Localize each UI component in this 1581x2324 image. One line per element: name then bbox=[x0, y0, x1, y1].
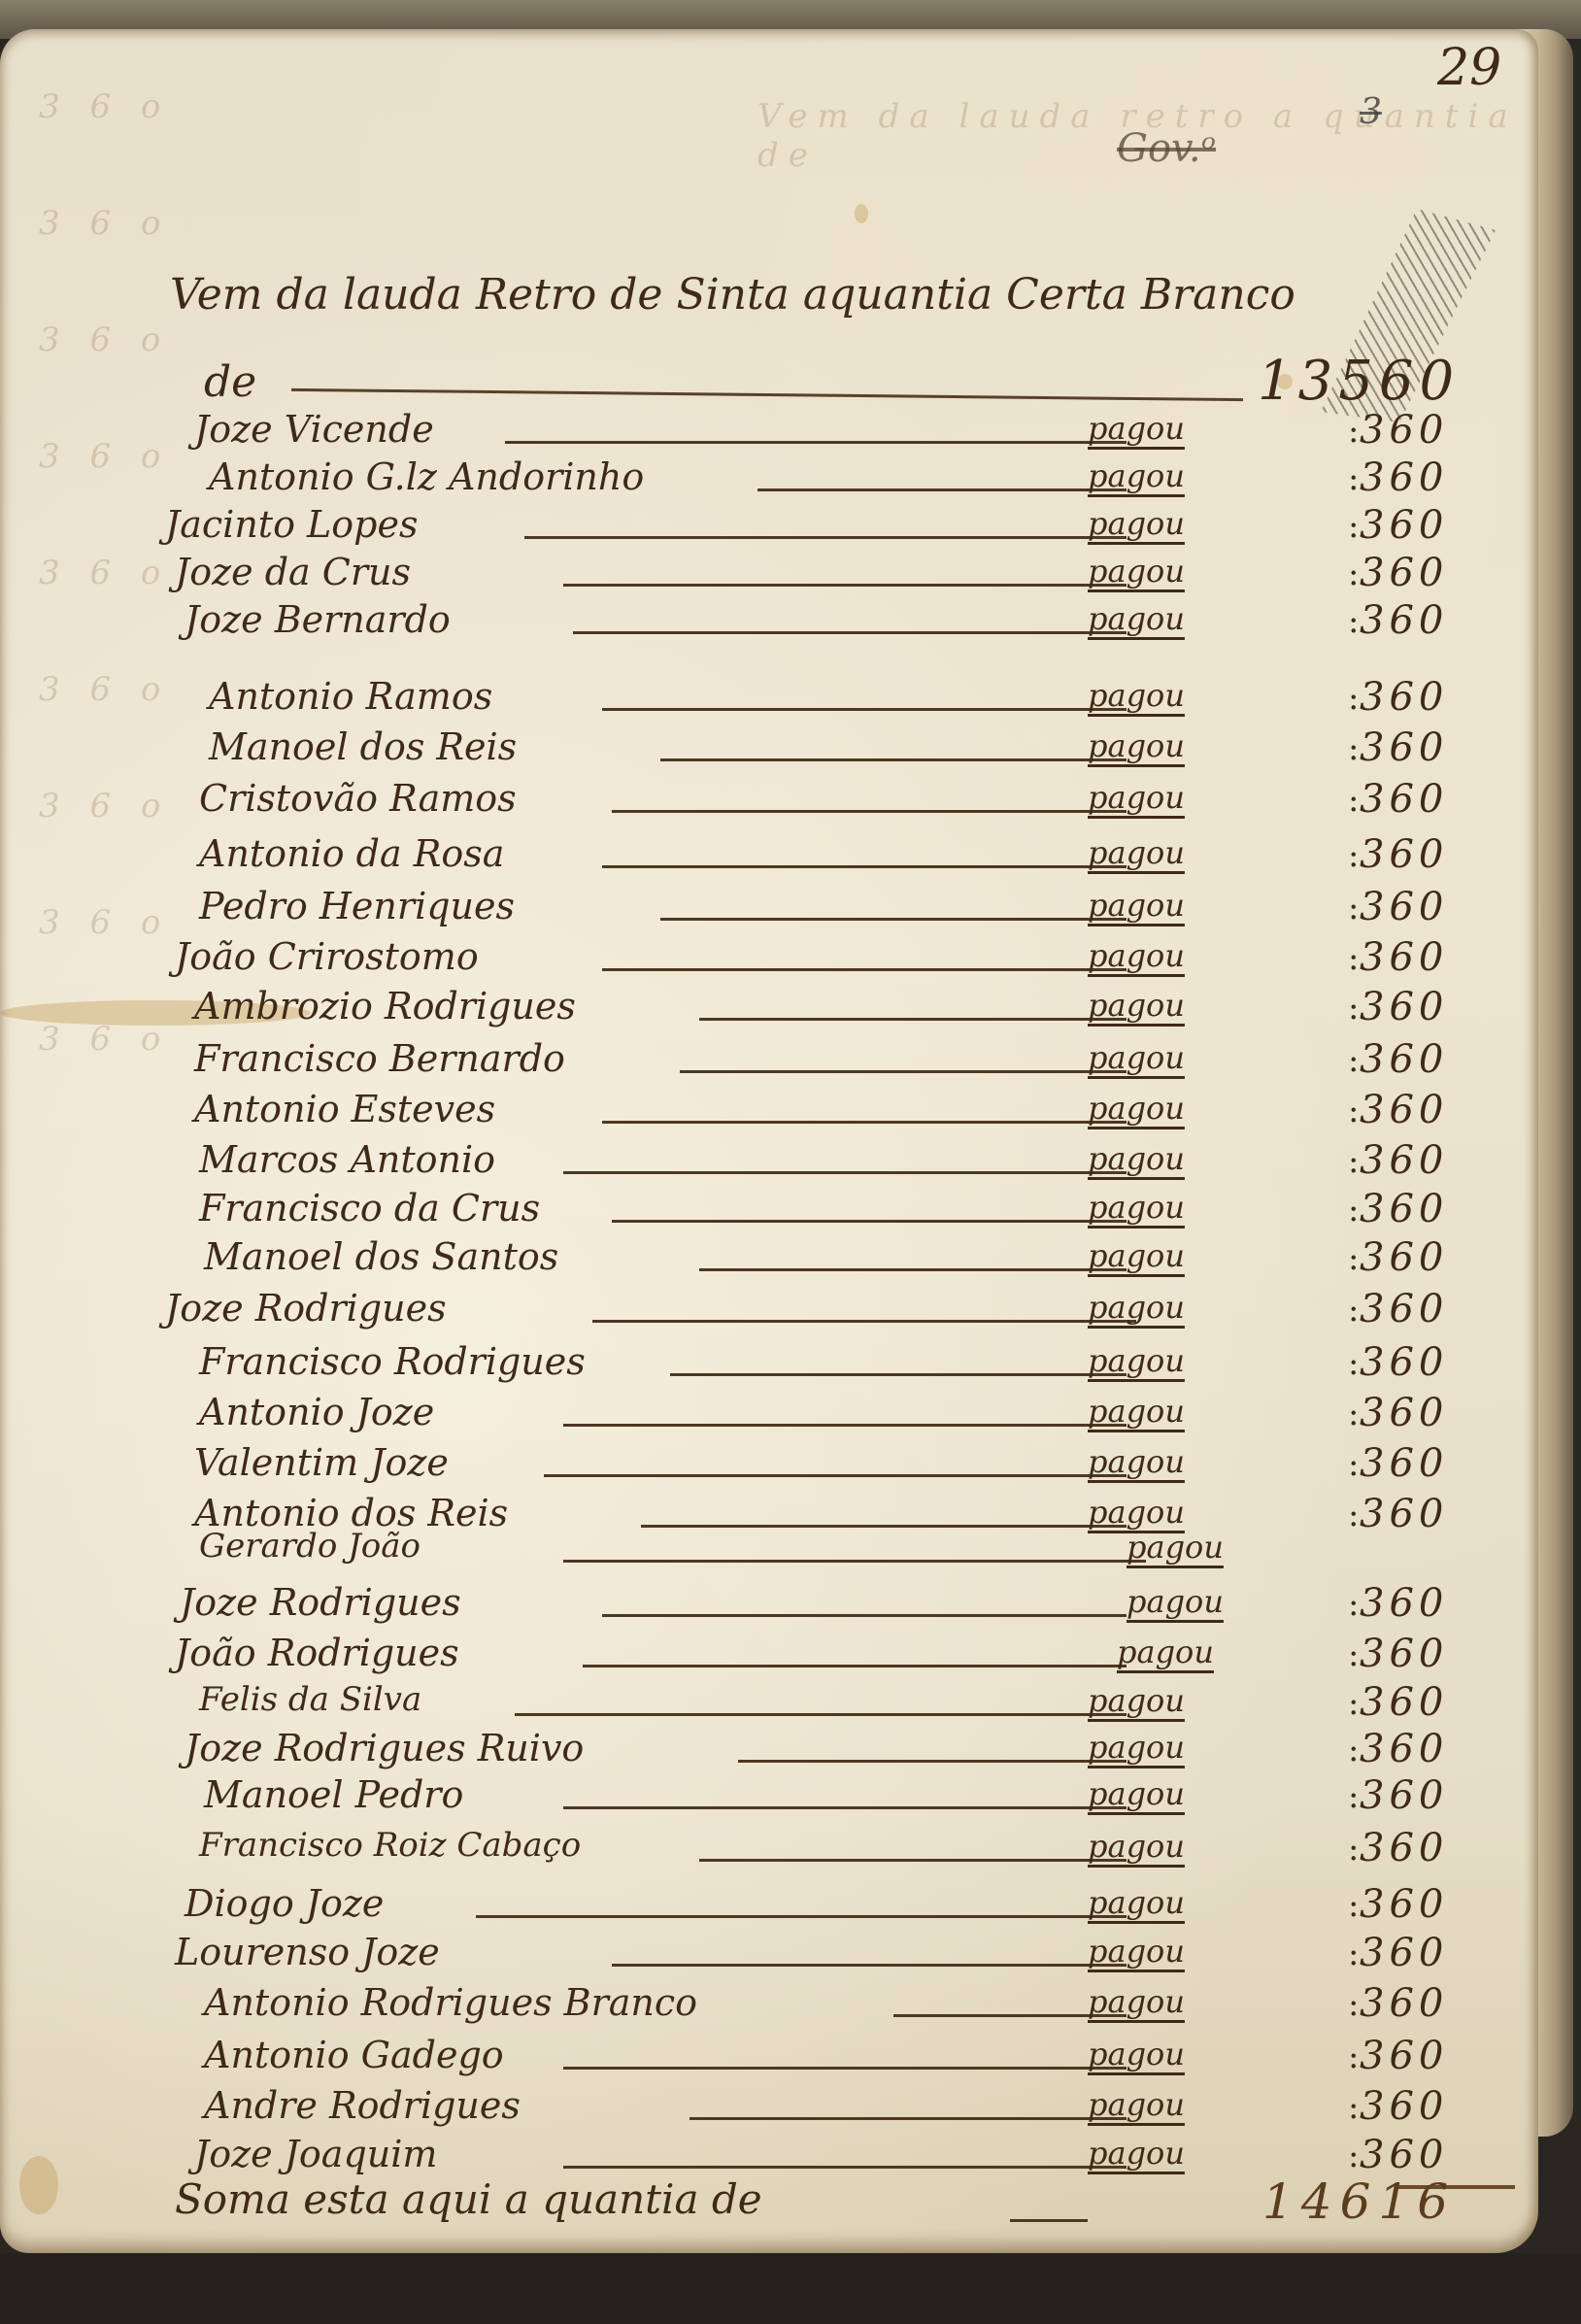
ledger-row: Joze Rodriguespagou:360 bbox=[0, 1581, 1538, 1629]
ledger-row: Gerardo Joãopagou bbox=[0, 1527, 1538, 1574]
entry-name: Joze Rodrigues bbox=[180, 1581, 461, 1624]
sum-label: Soma esta aqui a quantia de bbox=[175, 2175, 762, 2223]
ledger-row: Lourenso Jozepagou:360 bbox=[0, 1931, 1538, 1978]
entry-amount: 360 bbox=[1360, 1391, 1448, 1435]
entry-rule bbox=[680, 1070, 1127, 1073]
entry-colon: : bbox=[1348, 412, 1359, 451]
entry-name: Joze da Crus bbox=[175, 551, 411, 593]
entry-colon: : bbox=[1348, 1635, 1359, 1674]
entry-rule bbox=[476, 1915, 1127, 1918]
entry-amount: 360 bbox=[1360, 725, 1448, 770]
entry-status: pagou bbox=[1088, 1189, 1185, 1226]
entry-amount: 360 bbox=[1360, 1931, 1448, 1975]
entry-rule bbox=[515, 1713, 1127, 1716]
sum-rule bbox=[1010, 2219, 1088, 2222]
heading-text: Vem da lauda Retro de Sinta aquantia Cer… bbox=[170, 270, 1295, 320]
ledger-row: Marcos Antoniopagou:360 bbox=[0, 1138, 1538, 1186]
ledger-row: Francisco Rodriguespagou:360 bbox=[0, 1340, 1538, 1388]
bleed-through-text: 3 6 o bbox=[39, 320, 170, 359]
entry-status: pagou bbox=[1088, 1237, 1185, 1274]
entry-rule bbox=[612, 1220, 1127, 1223]
entry-colon: : bbox=[1348, 889, 1359, 927]
entry-colon: : bbox=[1348, 2038, 1359, 2076]
entry-name: Joze Rodrigues Ruivo bbox=[185, 1727, 584, 1769]
entry-amount: 360 bbox=[1360, 885, 1448, 929]
entry-amount: 360 bbox=[1360, 1088, 1448, 1132]
entry-rule bbox=[602, 1614, 1127, 1617]
entry-status: pagou bbox=[1127, 1583, 1224, 1620]
ledger-row: Antonio Gadegopagou:360 bbox=[0, 2034, 1538, 2081]
entry-status: pagou bbox=[1088, 677, 1185, 714]
entry-colon: : bbox=[1348, 1886, 1359, 1925]
entry-name: Manoel Pedro bbox=[204, 1773, 463, 1816]
ledger-row: Antonio Estevespagou:360 bbox=[0, 1088, 1538, 1135]
entry-status: pagou bbox=[1088, 2036, 1185, 2072]
entry-name: Antonio Gadego bbox=[204, 2034, 504, 2076]
entry-name: Antonio da Rosa bbox=[199, 832, 504, 875]
entry-name: Antonio Rodrigues Branco bbox=[204, 1981, 697, 2024]
ledger-row: Antonio Rodrigues Brancopagou:360 bbox=[0, 1981, 1538, 2029]
entry-status: pagou bbox=[1088, 779, 1185, 816]
entry-rule bbox=[660, 918, 1127, 921]
entry-name: Francisco Rodrigues bbox=[199, 1340, 586, 1383]
entry-rule bbox=[563, 1560, 1146, 1563]
entry-status: pagou bbox=[1088, 1289, 1185, 1326]
entry-amount: 360 bbox=[1360, 1882, 1448, 1927]
photo-backdrop-bottom bbox=[0, 2253, 1581, 2324]
entry-status: pagou bbox=[1088, 457, 1185, 494]
entry-amount: 360 bbox=[1360, 777, 1448, 822]
entry-status: pagou bbox=[1088, 2086, 1185, 2123]
ledger-row: João Crirostomopagou:360 bbox=[0, 935, 1538, 983]
entry-name: João Crirostomo bbox=[175, 935, 479, 978]
entry-name: Ambrozio Rodrigues bbox=[194, 985, 576, 1027]
entry-rule bbox=[544, 1474, 1127, 1477]
ledger-row: Francisco Roiz Cabaçopagou:360 bbox=[0, 1826, 1538, 1873]
entry-colon: : bbox=[1348, 2137, 1359, 2175]
entry-colon: : bbox=[1348, 836, 1359, 875]
entry-status: pagou bbox=[1088, 2135, 1185, 2172]
entry-name: Antonio G.lz Andorinho bbox=[209, 455, 644, 498]
entry-status: pagou bbox=[1088, 1729, 1185, 1766]
entry-rule bbox=[612, 810, 1127, 813]
ink-spot bbox=[855, 204, 868, 223]
entry-name: Joze Vicende bbox=[194, 408, 434, 451]
entry-status: pagou bbox=[1117, 1634, 1214, 1670]
entry-colon: : bbox=[1348, 989, 1359, 1027]
ledger-row: Antonio Jozepagou:360 bbox=[0, 1391, 1538, 1438]
entry-amount: 360 bbox=[1360, 675, 1448, 720]
ledger-row: Diogo Jozepagou:360 bbox=[0, 1882, 1538, 1930]
entry-rule bbox=[563, 2166, 1127, 2169]
entry-rule bbox=[563, 584, 1127, 587]
entry-colon: : bbox=[1348, 1985, 1359, 2024]
ledger-row: Valentim Jozepagou:360 bbox=[0, 1441, 1538, 1489]
entry-rule bbox=[563, 2067, 1127, 2070]
entry-rule bbox=[670, 1373, 1127, 1376]
entry-status: pagou bbox=[1088, 1983, 1185, 2020]
entry-colon: : bbox=[1348, 1239, 1359, 1278]
ledger-row: Joze Vicendepagou:360 bbox=[0, 408, 1538, 455]
entry-colon: : bbox=[1348, 555, 1359, 593]
ledger-row: Antonio G.lz Andorinhopagou:360 bbox=[0, 455, 1538, 503]
entry-rule bbox=[592, 1320, 1136, 1323]
entry-colon: : bbox=[1348, 1395, 1359, 1433]
entry-colon: : bbox=[1348, 602, 1359, 641]
entry-status: pagou bbox=[1088, 987, 1185, 1024]
ledger-row: Joze da Cruspagou:360 bbox=[0, 551, 1538, 598]
entry-amount: 360 bbox=[1360, 455, 1448, 500]
entry-name: Diogo Joze bbox=[185, 1882, 384, 1925]
entry-name: Joze Rodrigues bbox=[165, 1287, 447, 1330]
entry-status: pagou bbox=[1088, 937, 1185, 974]
entry-name: Pedro Henriques bbox=[199, 885, 515, 927]
entry-colon: : bbox=[1348, 1092, 1359, 1130]
entry-amount: 360 bbox=[1360, 2034, 1448, 2078]
entry-name: Antonio Ramos bbox=[209, 675, 492, 718]
entry-name: Manoel dos Reis bbox=[209, 725, 517, 768]
entry-colon: : bbox=[1348, 1731, 1359, 1769]
entry-status: pagou bbox=[1088, 505, 1185, 542]
entry-rule bbox=[612, 1964, 1127, 1967]
entry-status: pagou bbox=[1088, 1393, 1185, 1430]
entry-amount: 360 bbox=[1360, 598, 1448, 643]
ledger-reference: Gov.ᵒ bbox=[1117, 126, 1216, 171]
ledger-row: Felis da Silvapagou:360 bbox=[0, 1680, 1538, 1728]
entry-amount: 360 bbox=[1360, 551, 1448, 595]
entry-rule bbox=[690, 2117, 1127, 2120]
entry-name: Antonio Joze bbox=[199, 1391, 434, 1433]
entry-rule bbox=[602, 1121, 1127, 1124]
carried-total: 13560 bbox=[1258, 350, 1460, 413]
entry-rule bbox=[524, 536, 1127, 539]
entry-name: Felis da Silva bbox=[199, 1680, 421, 1719]
entry-status: pagou bbox=[1088, 1342, 1185, 1379]
entry-status: pagou bbox=[1088, 600, 1185, 637]
entry-colon: : bbox=[1348, 1445, 1359, 1484]
entry-amount: 360 bbox=[1360, 935, 1448, 980]
page-number: 29 bbox=[1437, 39, 1501, 97]
entry-amount: 360 bbox=[1360, 1287, 1448, 1331]
entry-status: pagou bbox=[1088, 834, 1185, 871]
entry-colon: : bbox=[1348, 679, 1359, 718]
entry-colon: : bbox=[1348, 1142, 1359, 1181]
entry-colon: : bbox=[1348, 729, 1359, 768]
entry-colon: : bbox=[1348, 2088, 1359, 2127]
final-total: 14616 bbox=[1262, 2173, 1456, 2230]
entry-name: Andre Rodrigues bbox=[204, 2084, 521, 2127]
entry-amount: 360 bbox=[1360, 1727, 1448, 1771]
entry-name: Francisco da Crus bbox=[199, 1187, 540, 1229]
entry-status: pagou bbox=[1127, 1529, 1224, 1566]
entry-rule bbox=[602, 968, 1127, 971]
entry-colon: : bbox=[1348, 1585, 1359, 1624]
entry-rule bbox=[738, 1760, 1127, 1763]
entry-amount: 360 bbox=[1360, 1632, 1448, 1676]
ledger-row: Ambrozio Rodriguespagou:360 bbox=[0, 985, 1538, 1032]
entry-amount: 360 bbox=[1360, 503, 1448, 548]
ledger-row: Manoel dos Reispagou:360 bbox=[0, 725, 1538, 773]
entry-rule bbox=[757, 488, 1127, 491]
entry-name: Joze Joaquim bbox=[194, 2133, 437, 2175]
entry-amount: 360 bbox=[1360, 408, 1448, 453]
ledger-row: Andre Rodriguespagou:360 bbox=[0, 2084, 1538, 2132]
entry-name: Joze Bernardo bbox=[185, 598, 451, 641]
entry-rule bbox=[602, 865, 1127, 868]
ledger-reference-mark: 3 bbox=[1360, 92, 1382, 132]
entry-status: pagou bbox=[1088, 410, 1185, 447]
entry-colon: : bbox=[1348, 1684, 1359, 1723]
ledger-row: Francisco Bernardopagou:360 bbox=[0, 1037, 1538, 1085]
entry-name: Jacinto Lopes bbox=[165, 503, 418, 546]
ledger-row: Antonio Ramospagou:360 bbox=[0, 675, 1538, 723]
entry-colon: : bbox=[1348, 459, 1359, 498]
ledger-row: Jacinto Lopespagou:360 bbox=[0, 503, 1538, 551]
entry-amount: 360 bbox=[1360, 2133, 1448, 2177]
entry-rule bbox=[563, 1806, 1127, 1809]
entry-status: pagou bbox=[1088, 1884, 1185, 1921]
entry-amount: 360 bbox=[1360, 985, 1448, 1029]
entry-status: pagou bbox=[1088, 1828, 1185, 1865]
entry-rule bbox=[699, 1268, 1127, 1271]
entry-status: pagou bbox=[1088, 727, 1185, 764]
ledger-row: Francisco da Cruspagou:360 bbox=[0, 1187, 1538, 1234]
entry-name: Gerardo João bbox=[199, 1527, 420, 1566]
entry-rule bbox=[505, 441, 1127, 444]
entry-amount: 360 bbox=[1360, 1981, 1448, 2026]
entry-status: pagou bbox=[1088, 1140, 1185, 1177]
ledger-row: Joze Rodriguespagou:360 bbox=[0, 1287, 1538, 1334]
entry-amount: 360 bbox=[1360, 1037, 1448, 1082]
entry-status: pagou bbox=[1088, 1682, 1185, 1719]
entry-colon: : bbox=[1348, 781, 1359, 820]
entry-name: Valentim Joze bbox=[194, 1441, 449, 1484]
entry-colon: : bbox=[1348, 1777, 1359, 1816]
ledger-row: Manoel Pedropagou:360 bbox=[0, 1773, 1538, 1821]
entry-amount: 360 bbox=[1360, 1826, 1448, 1870]
bleed-through-text: 3 6 o bbox=[39, 204, 170, 243]
ledger-row: João Rodriguespagou:360 bbox=[0, 1632, 1538, 1679]
entry-colon: : bbox=[1348, 1935, 1359, 1973]
entry-colon: : bbox=[1348, 1291, 1359, 1330]
entry-status: pagou bbox=[1088, 1090, 1185, 1127]
entry-amount: 360 bbox=[1360, 1773, 1448, 1818]
ledger-row: Manoel dos Santospagou:360 bbox=[0, 1235, 1538, 1283]
ledger-row: Cristovão Ramospagou:360 bbox=[0, 777, 1538, 825]
entry-colon: : bbox=[1348, 1041, 1359, 1080]
entry-name: Antonio Esteves bbox=[194, 1088, 495, 1130]
entry-rule bbox=[563, 1171, 1127, 1174]
entry-amount: 360 bbox=[1360, 832, 1448, 877]
entry-name: João Rodrigues bbox=[175, 1632, 459, 1674]
entry-name: Cristovão Ramos bbox=[199, 777, 517, 820]
entry-rule bbox=[563, 1424, 1127, 1427]
entry-amount: 360 bbox=[1360, 1680, 1448, 1725]
entry-colon: : bbox=[1348, 1344, 1359, 1383]
entry-rule bbox=[573, 631, 1127, 634]
entry-rule bbox=[699, 1859, 1127, 1862]
entry-amount: 360 bbox=[1360, 1340, 1448, 1385]
entry-rule bbox=[583, 1665, 1127, 1667]
entry-status: pagou bbox=[1088, 887, 1185, 924]
entry-amount: 360 bbox=[1360, 1138, 1448, 1183]
entry-colon: : bbox=[1348, 1191, 1359, 1229]
entry-colon: : bbox=[1348, 1830, 1359, 1869]
entry-name: Lourenso Joze bbox=[175, 1931, 440, 1973]
entry-amount: 360 bbox=[1360, 1581, 1448, 1626]
ledger-row: Joze Rodrigues Ruivopagou:360 bbox=[0, 1727, 1538, 1774]
entry-name: Manoel dos Santos bbox=[204, 1235, 558, 1278]
entry-amount: 360 bbox=[1360, 2084, 1448, 2129]
entry-status: pagou bbox=[1088, 1494, 1185, 1531]
bleed-through-text: 3 6 o bbox=[39, 87, 170, 126]
entry-name: Marcos Antonio bbox=[199, 1138, 495, 1181]
entry-colon: : bbox=[1348, 939, 1359, 978]
entry-name: Francisco Bernardo bbox=[194, 1037, 565, 1080]
entry-status: pagou bbox=[1088, 1039, 1185, 1076]
entry-name: Francisco Roiz Cabaço bbox=[199, 1826, 581, 1865]
entry-amount: 360 bbox=[1360, 1441, 1448, 1486]
entry-status: pagou bbox=[1088, 1443, 1185, 1480]
entry-status: pagou bbox=[1088, 1775, 1185, 1812]
entry-rule bbox=[602, 708, 1127, 711]
entry-rule bbox=[699, 1018, 1127, 1021]
entry-amount: 360 bbox=[1360, 1187, 1448, 1231]
entry-status: pagou bbox=[1088, 553, 1185, 589]
entry-rule bbox=[660, 758, 1127, 761]
ledger-row: Joze Bernardopagou:360 bbox=[0, 598, 1538, 646]
entry-status: pagou bbox=[1088, 1933, 1185, 1970]
heading-continuation: de bbox=[204, 357, 256, 407]
entry-colon: : bbox=[1348, 507, 1359, 546]
entry-amount: 360 bbox=[1360, 1235, 1448, 1280]
ledger-row: Pedro Henriquespagou:360 bbox=[0, 885, 1538, 932]
ledger-row: Antonio da Rosapagou:360 bbox=[0, 832, 1538, 880]
